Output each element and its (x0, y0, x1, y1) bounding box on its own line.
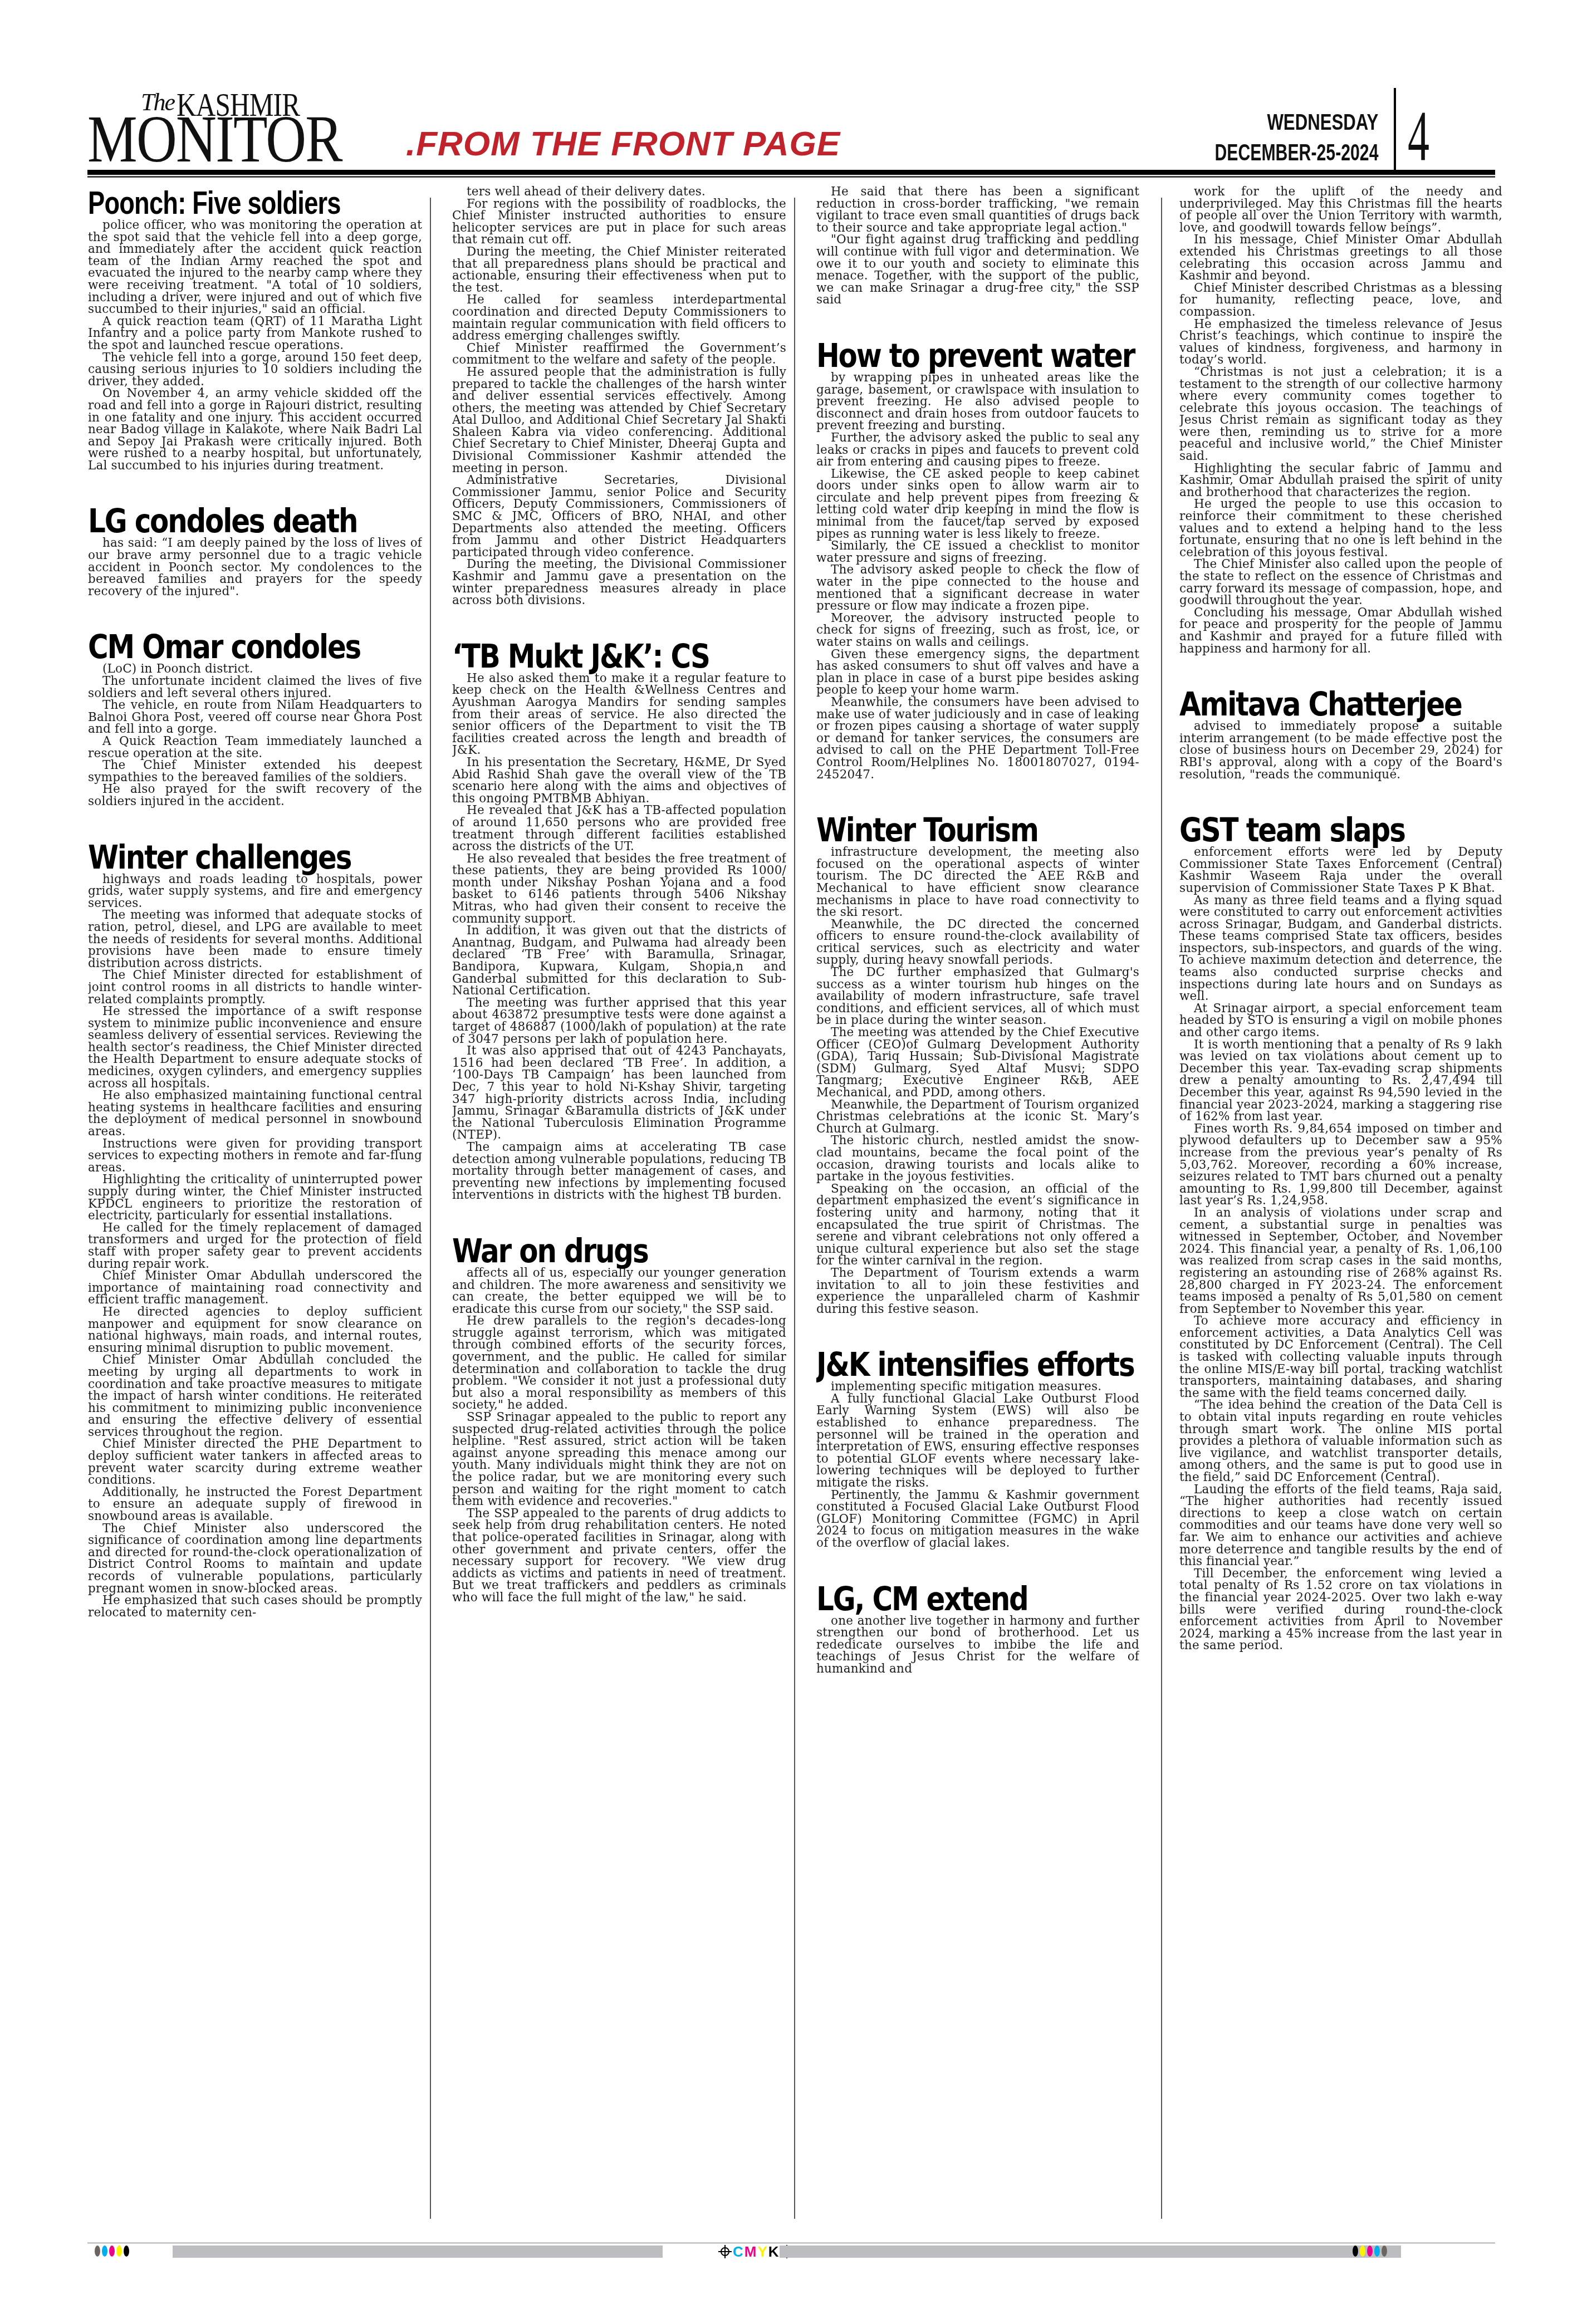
column-1: Poonch: Five soldierspolice officer, who… (88, 186, 422, 2243)
story-paragraph: Meanwhile, the DC directed the concerned… (816, 919, 1139, 967)
story-paragraph: Highlighting the secular fabric of Jammu… (1179, 463, 1502, 499)
story-paragraph: Chief Minister described Christmas as a … (1179, 282, 1502, 318)
story-paragraph: He also emphasized maintaining functiona… (88, 1090, 422, 1138)
story-paragraph: The meeting was attended by the Chief Ex… (816, 1027, 1139, 1099)
story-headline: Amitava Chatterjee (1179, 687, 1457, 722)
story-paragraph: ters well ahead of their delivery dates. (452, 186, 786, 198)
story-paragraph: He also asked them to make it a regular … (452, 673, 786, 757)
footer-gray-bar-left (173, 2245, 663, 2258)
story-paragraph: In an analysis of violations under scrap… (1179, 1207, 1502, 1315)
story-paragraph: The DC further emphasized that Gulmarg's… (816, 967, 1139, 1027)
story-paragraph: The vehicle fell into a gorge, around 15… (88, 352, 422, 388)
cmyk-letter-m: M (744, 2244, 757, 2259)
color-dots-right (1353, 2245, 1387, 2257)
story-headline: Winter challenges (88, 840, 375, 875)
page-number: 4 (1408, 100, 1429, 173)
story-paragraph: The historic church, nestled amidst the … (816, 1135, 1139, 1183)
story-paragraph: Chief Minister Omar Abdullah concluded t… (88, 1354, 422, 1438)
color-dot (1360, 2245, 1365, 2257)
story-paragraph: has said: “I am deeply pained by the los… (88, 537, 422, 597)
story-paragraph: The Chief Minister extended his deepest … (88, 759, 422, 783)
logo-monitor: MONITOR (87, 106, 342, 173)
story-paragraph: The advisory asked people to check the f… (816, 564, 1139, 612)
color-dot (95, 2245, 100, 2257)
story-paragraph: During the meeting, the Divisional Commi… (452, 558, 786, 606)
story-paragraph: Lauding the efforts of the field teams, … (1179, 1484, 1502, 1568)
column-divider (1161, 198, 1162, 2219)
story-paragraph: In his message, Chief Minister Omar Abdu… (1179, 234, 1502, 282)
story-paragraph: police officer, who was monitoring the o… (88, 219, 422, 316)
story-headline: LG, CM extend (816, 1582, 1094, 1616)
story-paragraph: advised to immediately propose a suitabl… (1179, 720, 1502, 781)
story-paragraph: At Srinagar airport, a special enforceme… (1179, 1003, 1502, 1039)
section-title: .FROM THE FRONT PAGE (406, 127, 840, 161)
news-story: LG condoles deathhas said: “I am deeply … (88, 504, 422, 597)
cmyk-letter-c: C (733, 2244, 743, 2259)
story-paragraph: He said that there has been a significan… (816, 186, 1139, 234)
story-paragraph: The unfortunate incident claimed the liv… (88, 675, 422, 699)
story-paragraph: The meeting was further apprised that th… (452, 997, 786, 1045)
color-dot (1374, 2245, 1380, 2257)
story-headline: GST team slaps (1179, 813, 1457, 847)
news-story: War on drugsaffects all of us, especiall… (452, 1234, 786, 1604)
story-paragraph: Concluding his message, Omar Abdullah wi… (1179, 607, 1502, 655)
story-paragraph: Moreover, the advisory instructed people… (816, 612, 1139, 649)
story-paragraph: He also prayed for the swift recovery of… (88, 783, 422, 807)
story-paragraph: During the meeting, the Chief Minister r… (452, 246, 786, 294)
story-paragraph: “The idea behind the creation of the Dat… (1179, 1399, 1502, 1483)
story-paragraph: SSP Srinagar appealed to the public to r… (452, 1411, 786, 1508)
news-story: LG, CM extendone another live together i… (816, 1582, 1139, 1675)
story-paragraph: Pertinently, the Jammu & Kashmir governm… (816, 1489, 1139, 1550)
story-continuation: work for the uplift of the needy and und… (1179, 186, 1502, 655)
column-divider (430, 198, 431, 2219)
story-paragraph: He assured people that the administratio… (452, 366, 786, 474)
story-continuation: He said that there has been a significan… (816, 186, 1139, 306)
story-paragraph: A fully functional Glacial Lake Outburst… (816, 1393, 1139, 1489)
story-paragraph: The meeting was informed that adequate s… (88, 909, 422, 969)
color-dot (109, 2245, 115, 2257)
story-paragraph: He called for seamless interdepartmental… (452, 294, 786, 342)
story-headline: ‘TB Mukt J&K’: CS (452, 639, 739, 674)
story-paragraph: "Our fight against drug trafficking and … (816, 234, 1139, 306)
story-paragraph: Speaking on the occasion, an official of… (816, 1183, 1139, 1267)
news-story: ‘TB Mukt J&K’: CSHe also asked them to m… (452, 639, 786, 1202)
story-paragraph: A Quick Reaction Team immediately launch… (88, 736, 422, 759)
story-paragraph: Highlighting the criticality of uninterr… (88, 1174, 422, 1222)
story-paragraph: He urged the people to use this occasion… (1179, 498, 1502, 558)
story-paragraph: Further, the advisory asked the public t… (816, 432, 1139, 468)
story-headline: CM Omar condoles (88, 630, 375, 664)
masthead-rule-thin (87, 176, 1495, 178)
story-paragraph: The Chief Minister also underscored the … (88, 1523, 422, 1595)
story-headline: LG condoles death (88, 504, 375, 538)
story-paragraph: The Department of Tourism extends a warm… (816, 1267, 1139, 1315)
news-story: GST team slapsenforcement efforts were l… (1179, 813, 1502, 1652)
story-paragraph: The campaign aims at accelerating TB cas… (452, 1141, 786, 1202)
news-story: Winter challengeshighways and roads lead… (88, 840, 422, 1619)
story-headline: War on drugs (452, 1234, 739, 1268)
story-paragraph: Administrative Secretaries, Divisional C… (452, 474, 786, 558)
news-story: J&K intensifies effortsimplementing spec… (816, 1347, 1139, 1549)
story-paragraph: For regions with the possibility of road… (452, 198, 786, 246)
story-paragraph: affects all of us, especially our younge… (452, 1267, 786, 1315)
story-paragraph: Meanwhile, the consumers have been advis… (816, 697, 1139, 781)
news-story: CM Omar condoles(LoC) in Poonch district… (88, 630, 422, 807)
color-dot (1382, 2245, 1387, 2257)
story-paragraph: It is worth mentioning that a penalty of… (1179, 1039, 1502, 1123)
footer-gray-bar-right (780, 2245, 1401, 2258)
cmyk-letter-y: Y (757, 2244, 767, 2259)
story-paragraph: enforcement efforts were led by Deputy C… (1179, 846, 1502, 894)
story-paragraph: In addition, it was given out that the d… (452, 925, 786, 997)
story-paragraph: one another live together in harmony and… (816, 1615, 1139, 1675)
story-headline: Winter Tourism (816, 813, 1094, 847)
story-paragraph: On November 4, an army vehicle skidded o… (88, 388, 422, 472)
color-dot (116, 2245, 122, 2257)
story-paragraph: He emphasized that such cases should be … (88, 1595, 422, 1619)
color-dot (1367, 2245, 1373, 2257)
story-headline: J&K intensifies efforts (816, 1347, 1094, 1382)
news-story: Winter Tourisminfrastructure development… (816, 813, 1139, 1315)
story-paragraph: infrastructure development, the meeting … (816, 846, 1139, 919)
story-paragraph: Till December, the enforcement wing levi… (1179, 1568, 1502, 1652)
story-paragraph: As many as three field teams and a flyin… (1179, 895, 1502, 1003)
color-dot (102, 2245, 107, 2257)
story-paragraph: Chief Minister directed the PHE Departme… (88, 1438, 422, 1486)
story-paragraph: “Christmas is not just a celebration; it… (1179, 366, 1502, 463)
color-dot (1353, 2245, 1358, 2257)
masthead: The KASHMIR MONITOR .FROM THE FRONT PAGE… (87, 84, 1495, 167)
story-paragraph: To achieve more accuracy and efficiency … (1179, 1315, 1502, 1399)
date-label: DECEMBER-25-2024 (1214, 139, 1378, 166)
story-paragraph: Chief Minister reaffirmed the Government… (452, 342, 786, 366)
story-paragraph: Additionally, he instructed the Forest D… (88, 1487, 422, 1523)
story-paragraph: He emphasized the timeless relevance of … (1179, 318, 1502, 366)
news-story: How to prevent waterby wrapping pipes in… (816, 339, 1139, 781)
column-divider (794, 198, 795, 2219)
column-4: work for the uplift of the needy and und… (1179, 186, 1502, 2243)
story-paragraph: The Chief Minister also called upon the … (1179, 558, 1502, 606)
story-paragraph: He also revealed that besides the free t… (452, 853, 786, 925)
story-paragraph: Chief Minister Omar Abdullah underscored… (88, 1270, 422, 1306)
story-paragraph: The SSP appealed to the parents of drug … (452, 1508, 786, 1604)
page-number-divider (1394, 88, 1396, 171)
story-headline: How to prevent water (816, 339, 1094, 373)
story-paragraph: A quick reaction team (QRT) of 11 Marath… (88, 316, 422, 352)
news-story: Amitava Chatterjeeadvised to immediately… (1179, 687, 1502, 781)
story-paragraph: He revealed that J&K has a TB-affected p… (452, 805, 786, 852)
masthead-rule-thick (87, 170, 1495, 175)
story-continuation: ters well ahead of their delivery dates.… (452, 186, 786, 607)
story-paragraph: He stressed the importance of a swift re… (88, 1006, 422, 1090)
news-story: Poonch: Five soldierspolice officer, who… (88, 186, 422, 472)
cmyk-letter-k: K (768, 2244, 779, 2259)
story-headline: Poonch: Five soldiers (88, 186, 349, 220)
story-paragraph: It was also apprised that out of 4243 Pa… (452, 1045, 786, 1141)
color-dots-left (95, 2245, 129, 2257)
story-paragraph: He called for the timely replacement of … (88, 1222, 422, 1270)
story-paragraph: He drew parallels to the region's decade… (452, 1315, 786, 1411)
registration-crosshair-icon (721, 2247, 729, 2256)
day-label: WEDNESDAY (1267, 110, 1378, 135)
story-paragraph: The vehicle, en route from Nilam Headqua… (88, 699, 422, 736)
story-paragraph: Similarly, the CE issued a checklist to … (816, 540, 1139, 564)
story-paragraph: In his presentation the Secretary, H&ME,… (452, 757, 786, 805)
story-paragraph: Fines worth Rs. 9,84,654 imposed on timb… (1179, 1123, 1502, 1207)
story-paragraph: work for the uplift of the needy and und… (1179, 186, 1502, 234)
story-paragraph: by wrapping pipes in unheated areas like… (816, 372, 1139, 432)
story-paragraph: The Chief Minister directed for establis… (88, 969, 422, 1006)
column-3: He said that there has been a significan… (816, 186, 1139, 2243)
story-paragraph: Given these emergency signs, the departm… (816, 649, 1139, 697)
story-paragraph: Meanwhile, the Department of Tourism org… (816, 1099, 1139, 1135)
color-dot (124, 2245, 129, 2257)
story-paragraph: Likewise, the CE asked people to keep ca… (816, 468, 1139, 541)
story-paragraph: He directed agencies to deploy sufficien… (88, 1306, 422, 1354)
story-paragraph: highways and roads leading to hospitals,… (88, 874, 422, 910)
column-2: ters well ahead of their delivery dates.… (452, 186, 786, 2243)
story-paragraph: Instructions were given for providing tr… (88, 1138, 422, 1174)
